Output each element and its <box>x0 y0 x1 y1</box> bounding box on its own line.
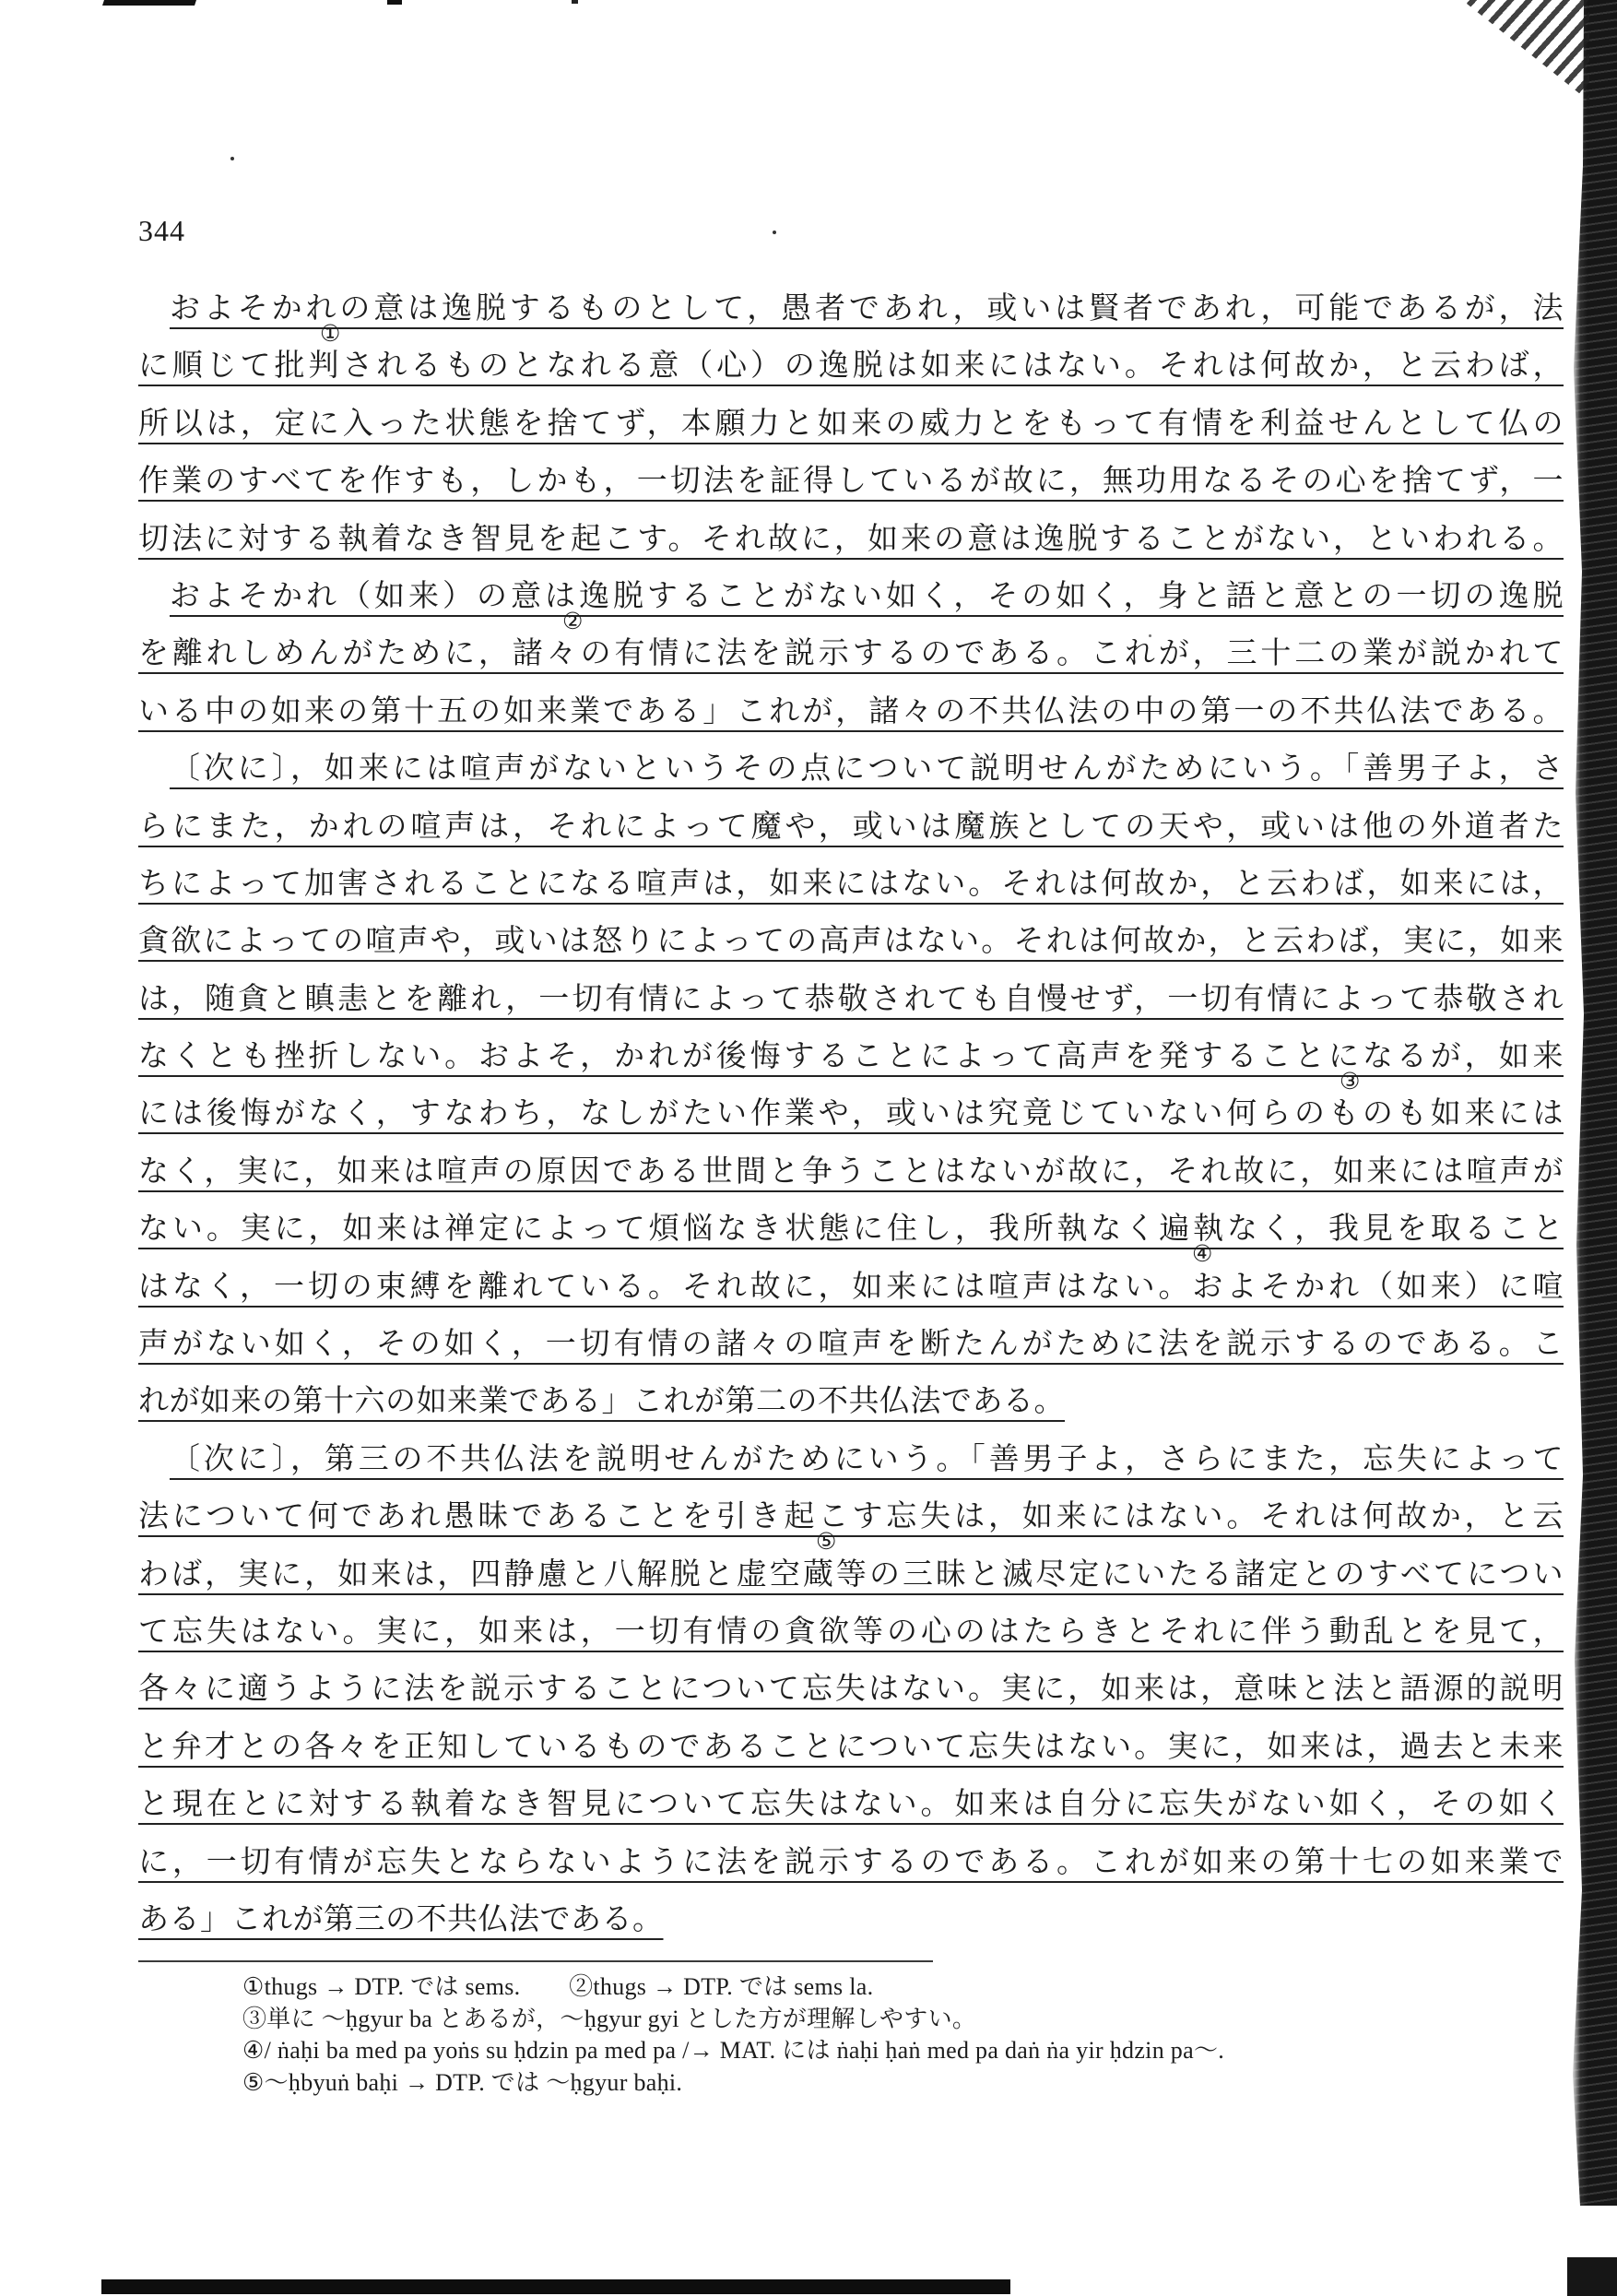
text-line: と現在とに対する執着なき智見について忘失はない。如来は自分に忘失がない如く，その… <box>138 1776 1564 1833</box>
text-line-content: ちによって加害されることになる喧声は，如来にはない。それは何故か，と云わば，如来… <box>138 856 1564 913</box>
text-line-content: 貪欲によっての喧声や，或いは怒りによっての高声はない。それは何故か，と云わば，実… <box>138 913 1564 970</box>
text-line: ある」これが第三の不共仏法である。 <box>138 1891 1564 1948</box>
footnote-line: ④/ ṅaḥi ba med pa yoṅs su ḥdzin pa med p… <box>242 2035 1459 2067</box>
scan-top-mark <box>102 0 196 6</box>
text-line-content: わば，実に，如来は，四静慮と八解脱と虚空蔵等の三昧と滅尽定にいたる諸定とのすべて… <box>138 1546 1564 1604</box>
text-line: 声がない如く，その如く，一切有情の諸々の喧声を断たんがために法を説示するのである… <box>138 1316 1564 1373</box>
text-line-content: ある」これが第三の不共仏法である。 <box>138 1891 1564 1948</box>
text-line: に順じて批判されるものとなれる意（心）の逸脱は如来にはない。それは何故か，と云わ… <box>138 337 1564 395</box>
text-line: ちによって加害されることになる喧声は，如来にはない。それは何故か，と云わば，如来… <box>138 856 1564 913</box>
text-line-content: れが如来の第十六の如来業である」これが第二の不共仏法である。 <box>138 1373 1564 1430</box>
footnotes-block: ①thugs → DTP. では sems. ②thugs → DTP. では … <box>242 1971 1459 2099</box>
text-line-content: およそかれ（如来）の意は逸脱することがない如く，その如く，身と語と意との一切の逸… <box>138 568 1564 625</box>
text-line-content: はなく，一切の束縛を離れている。それ故に，如来には喧声はない。およそかれ（如来）… <box>138 1259 1564 1316</box>
scan-edge-band <box>1571 0 1617 2206</box>
text-line-content: に，一切有情が忘失とならないように法を説示するのである。これが如来の第十七の如来… <box>138 1834 1564 1891</box>
page-number: 344 <box>138 214 185 248</box>
footnote-separator-rule <box>138 1960 933 1962</box>
footnote-line: ③単に 〜ḥgyur ba とあるが，〜ḥgyur gyi とした方が理解しやす… <box>242 2004 1459 2036</box>
text-line-content: に順じて批判されるものとなれる意（心）の逸脱は如来にはない。それは何故か，と云わ… <box>138 337 1564 395</box>
text-line-content: ない。実に，如来は禅定によって煩悩なき状態に住し，我所執なく遍執なく，我見を取る… <box>138 1201 1564 1258</box>
text-line: れが如来の第十六の如来業である」これが第二の不共仏法である。 <box>138 1373 1564 1430</box>
scan-speck <box>230 157 234 160</box>
text-line-content: 所以は，定に入った状態を捨てず，本願力と如来の威力とをもって有情を利益せんとして… <box>138 396 1564 453</box>
footnote-marker: ② <box>562 610 583 633</box>
text-line: に，一切有情が忘失とならないように法を説示するのである。これが如来の第十七の如来… <box>138 1834 1564 1891</box>
footnote-marker: ③ <box>1340 1071 1360 1094</box>
footnote-marker: ① <box>320 323 340 346</box>
footnote-line: ⑤〜ḥbyuṅ baḥi → DTP. では 〜ḥgyur baḥi. <box>242 2067 1459 2100</box>
text-line-content: を離れしめんがために，諸々の有情に法を説示するのである。これが，三十二の業が説か… <box>138 625 1564 682</box>
text-line-content: いる中の如来の第十五の如来業である」これが，諸々の不共仏法の中の第一の不共仏法で… <box>138 683 1564 740</box>
text-line: およそかれの意は逸脱するものとして，愚者であれ，或いは賢者であれ，可能であるが，… <box>138 280 1564 337</box>
text-line-content: 各々に適うように法を説示することについて忘失はない。実に，如来は，意味と法と語源… <box>138 1661 1564 1718</box>
text-line: およそかれ（如来）の意は逸脱することがない如く，その如く，身と語と意との一切の逸… <box>138 568 1564 625</box>
text-line-content: らにまた，かれの喧声は，それによって魔や，或いは魔族としての天や，或いは他の外道… <box>138 799 1564 856</box>
text-line: 貪欲によっての喧声や，或いは怒りによっての高声はない。それは何故か，と云わば，実… <box>138 913 1564 970</box>
text-line: わば，実に，如来は，四静慮と八解脱と虚空蔵等の三昧と滅尽定にいたる諸定とのすべて… <box>138 1546 1564 1604</box>
scan-speck <box>773 231 776 234</box>
scanned-document-page: 344 およそかれの意は逸脱するものとして，愚者であれ，或いは賢者であれ，可能で… <box>0 0 1617 2296</box>
text-line: 〔次に〕，第三の不共仏法を説明せんがためにいう。「善男子よ，さらにまた，忘失によ… <box>138 1431 1564 1488</box>
text-line: なく，実に，如来は喧声の原因である世間と争うことはないが故に，それ故に，如来には… <box>138 1143 1564 1201</box>
text-line-content: は，随貪と瞋恚とを離れ，一切有情によって恭敬されても自慢せず，一切有情によって恭… <box>138 971 1564 1028</box>
text-line: と弁才との各々を正知しているものであることについて忘失はない。実に，如来は，過去… <box>138 1719 1564 1776</box>
text-line: 〔次に〕，如来には喧声がないというその点について説明せんがためにいう。「善男子よ… <box>138 740 1564 798</box>
footnote-line: ①thugs → DTP. では sems. ②thugs → DTP. では … <box>242 1971 1459 2004</box>
scan-bottom-right-mark <box>1567 2257 1617 2296</box>
text-line-content: およそかれの意は逸脱するものとして，愚者であれ，或いは賢者であれ，可能であるが，… <box>138 280 1564 337</box>
footnote-marker: ⑤ <box>816 1531 836 1554</box>
text-line-content: 作業のすべてを作すも，しかも，一切法を証得しているが故に，無功用なるその心を捨て… <box>138 453 1564 510</box>
text-line: はなく，一切の束縛を離れている。それ故に，如来には喧声はない。およそかれ（如来）… <box>138 1259 1564 1316</box>
text-line: いる中の如来の第十五の如来業である」これが，諸々の不共仏法の中の第一の不共仏法で… <box>138 683 1564 740</box>
scan-bottom-bar <box>101 2279 1010 2294</box>
text-line-content: と弁才との各々を正知しているものであることについて忘失はない。実に，如来は，過去… <box>138 1719 1564 1776</box>
text-line: て忘失はない。実に，如来は，一切有情の貪欲等の心のはたらきとそれに伴う動乱とを見… <box>138 1604 1564 1661</box>
text-line: 所以は，定に入った状態を捨てず，本願力と如来の威力とをもって有情を利益せんとして… <box>138 396 1564 453</box>
text-line-content: なく，実に，如来は喧声の原因である世間と争うことはないが故に，それ故に，如来には… <box>138 1143 1564 1201</box>
text-line: らにまた，かれの喧声は，それによって魔や，或いは魔族としての天や，或いは他の外道… <box>138 799 1564 856</box>
text-line: を離れしめんがために，諸々の有情に法を説示するのである。これが，三十二の業が説か… <box>138 625 1564 682</box>
text-line-content: と現在とに対する執着なき智見について忘失はない。如来は自分に忘失がない如く，その… <box>138 1776 1564 1833</box>
scan-speck <box>1149 634 1151 637</box>
text-line: 各々に適うように法を説示することについて忘失はない。実に，如来は，意味と法と語源… <box>138 1661 1564 1718</box>
text-line-content: 声がない如く，その如く，一切有情の諸々の喧声を断たんがために法を説示するのである… <box>138 1316 1564 1373</box>
text-line: ない。実に，如来は禅定によって煩悩なき状態に住し，我所執なく遍執なく，我見を取る… <box>138 1201 1564 1258</box>
text-line: なくとも挫折しない。およそ，かれが後悔することによって高声を発することになるが，… <box>138 1028 1564 1085</box>
text-line: 法について何であれ愚昧であることを引き起こす忘失は，如来にはない。それは何故か，… <box>138 1488 1564 1545</box>
text-line-content: て忘失はない。実に，如来は，一切有情の貪欲等の心のはたらきとそれに伴う動乱とを見… <box>138 1604 1564 1661</box>
scan-top-mark <box>572 0 578 4</box>
footnote-marker: ④ <box>1192 1243 1212 1266</box>
text-line-content: 法について何であれ愚昧であることを引き起こす忘失は，如来にはない。それは何故か，… <box>138 1488 1564 1545</box>
text-line-content: 〔次に〕，第三の不共仏法を説明せんがためにいう。「善男子よ，さらにまた，忘失によ… <box>138 1431 1564 1488</box>
text-line: 切法に対する執着なき智見を起こす。それ故に，如来の意は逸脱することがない，といわ… <box>138 511 1564 568</box>
scan-corner-smudge <box>1451 0 1589 115</box>
text-line-content: 〔次に〕，如来には喧声がないというその点について説明せんがためにいう。「善男子よ… <box>138 740 1564 798</box>
text-line-content: 切法に対する執着なき智見を起こす。それ故に，如来の意は逸脱することがない，といわ… <box>138 511 1564 568</box>
text-line: 作業のすべてを作すも，しかも，一切法を証得しているが故に，無功用なるその心を捨て… <box>138 453 1564 510</box>
body-text: およそかれの意は逸脱するものとして，愚者であれ，或いは賢者であれ，可能であるが，… <box>138 280 1564 1948</box>
text-line: は，随貪と瞋恚とを離れ，一切有情によって恭敬されても自慢せず，一切有情によって恭… <box>138 971 1564 1028</box>
scan-top-mark <box>387 0 402 5</box>
